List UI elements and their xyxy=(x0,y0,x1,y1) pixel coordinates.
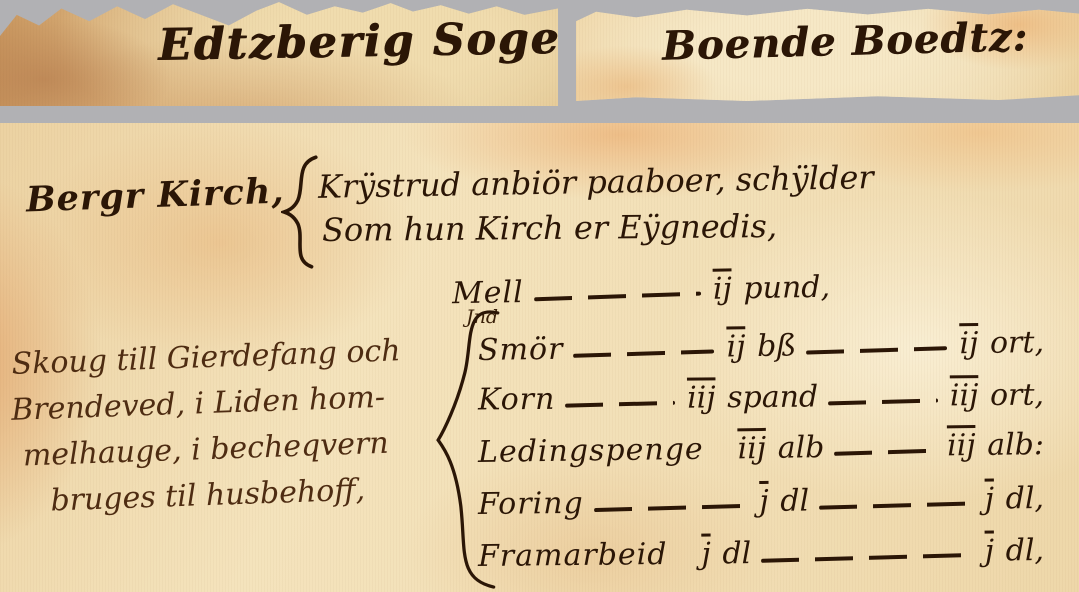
margin-note: Skoug till Gierdefang och Brendeved, i L… xyxy=(11,328,406,525)
due-row-korn: Korn iij spand iij ort, xyxy=(478,378,1044,418)
manuscript-scan: Edtzberig Sogen, Boende Boedtz: Bergr Ki… xyxy=(0,0,1079,592)
roman-numeral: j xyxy=(983,482,997,517)
due-quantity: ij bß xyxy=(724,329,796,365)
due-item: Ledingspenge xyxy=(478,432,704,470)
unit-label: dl xyxy=(780,483,809,518)
due-quantity: iij ort, xyxy=(948,378,1044,414)
leader-line xyxy=(834,448,935,455)
unit-label: ort, xyxy=(990,325,1044,361)
due-quantity: iij alb: xyxy=(945,427,1044,463)
owner-name: Bergr Kirch, xyxy=(25,171,285,221)
unit-label: pund, xyxy=(743,270,830,307)
due-quantity: j dl xyxy=(699,536,751,572)
roman-numeral: j xyxy=(757,484,771,519)
due-quantity: ij pund, xyxy=(711,270,831,307)
roman-numeral: j xyxy=(983,534,997,569)
leader-line xyxy=(534,291,701,301)
unit-label: spand xyxy=(727,380,818,416)
roman-numeral: iij xyxy=(685,380,718,415)
due-quantity: iij spand xyxy=(685,380,818,416)
due-item: Foring xyxy=(478,486,584,522)
due-quantity: j dl, xyxy=(983,533,1045,569)
roman-numeral: ij xyxy=(957,326,980,361)
leader-line xyxy=(565,400,675,407)
due-row-mell: Mell ij pund, xyxy=(452,270,831,312)
due-item: Smör xyxy=(478,332,564,368)
curly-brace-icon xyxy=(281,153,319,271)
due-row-smor: Smör ij bß ij ort, xyxy=(478,325,1044,368)
roman-numeral: iij xyxy=(948,378,981,413)
entry-description-line: Krÿstrud anbiör paaboer, schÿlder xyxy=(318,158,874,206)
unit-label: dl, xyxy=(1005,481,1044,516)
due-row-ledingspenge: Ledingspenge iij alb iij alb: xyxy=(478,427,1044,470)
leader-line xyxy=(714,452,726,456)
leader-line xyxy=(806,346,947,354)
entry-description-line: Som hun Kirch er Eÿgnedis, xyxy=(322,207,777,249)
leader-line xyxy=(594,503,748,511)
parish-header-strip: Edtzberig Sogen, xyxy=(0,0,558,106)
due-item: Framarbeid xyxy=(478,537,668,574)
due-quantity: j dl xyxy=(757,483,809,519)
unit-label: alb xyxy=(777,430,824,466)
due-row-framarbeid: Framarbeid j dl j dl, xyxy=(478,533,1044,574)
leader-line xyxy=(573,349,714,357)
leader-line xyxy=(761,552,973,562)
due-row-foring: Foring j dl j dl, xyxy=(478,481,1044,522)
roman-numeral: j xyxy=(699,537,713,572)
unit-label: alb: xyxy=(987,427,1044,463)
leader-line xyxy=(828,398,938,405)
leader-line xyxy=(819,501,973,509)
parish-title: Edtzberig Sogen, xyxy=(158,12,612,71)
unit-label: dl, xyxy=(1005,533,1044,568)
unit-label: bß xyxy=(757,329,797,365)
entry-group-brace xyxy=(281,153,319,271)
due-quantity: ij ort, xyxy=(957,325,1044,361)
ledger-header-strip: Boende Boedtz: xyxy=(576,6,1079,101)
unit-label: dl xyxy=(722,536,751,571)
roman-numeral: ij xyxy=(711,271,735,306)
due-quantity: j dl, xyxy=(983,481,1045,517)
due-item: Korn xyxy=(478,382,556,418)
ledger-title: Boende Boedtz: xyxy=(661,13,1028,70)
manuscript-page: Bergr Kirch, Krÿstrud anbiör paaboer, sc… xyxy=(0,123,1079,592)
roman-numeral: iij xyxy=(735,431,768,466)
due-quantity: iij alb xyxy=(735,430,824,466)
unit-label: ort, xyxy=(990,378,1044,413)
roman-numeral: iij xyxy=(945,428,978,463)
leader-line xyxy=(677,557,689,561)
roman-numeral: ij xyxy=(724,329,747,364)
